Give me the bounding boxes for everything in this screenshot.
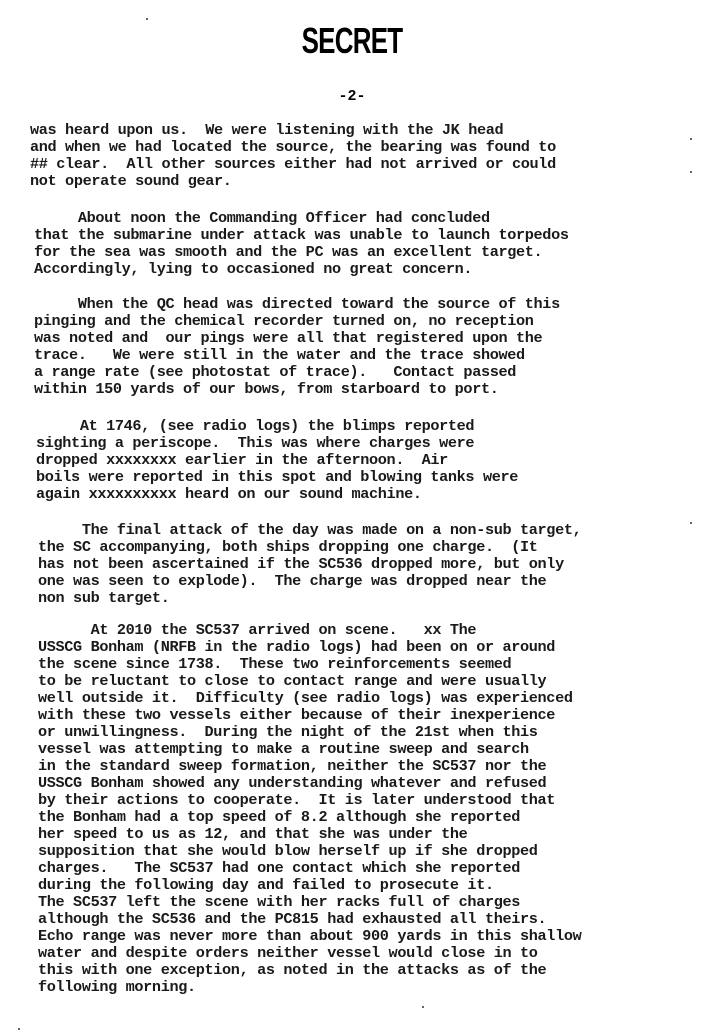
text-line: and when we had located the source, the … (30, 139, 556, 156)
text-line: one was seen to explode). The charge was… (38, 573, 546, 590)
text-line-with-strikeout: again xxxxxxxxxx heard on our sound mach… (36, 486, 422, 503)
text-line: was heard upon us. We were listening wit… (30, 122, 503, 139)
text-line: trace. We were still in the water and th… (34, 347, 525, 364)
text-line: has not been ascertained if the SC536 dr… (38, 556, 564, 573)
text-line: her speed to us as 12, and that she was … (38, 826, 467, 843)
text-line: USSCG Bonham (NRFB in the radio logs) ha… (38, 639, 555, 656)
scan-speck (690, 522, 692, 524)
text-line: supposition that she would blow herself … (38, 843, 538, 860)
text-line: About noon the Commanding Officer had co… (34, 210, 490, 227)
text-line: for the sea was smooth and the PC was an… (34, 244, 542, 261)
text-line: non sub target. (38, 590, 169, 607)
text-line: this with one exception, as noted in the… (38, 962, 546, 979)
text-line: within 150 yards of our bows, from starb… (34, 381, 499, 398)
text-line: the Bonham had a top speed of 8.2 althou… (38, 809, 520, 826)
text-line: with these two vessels either because of… (38, 707, 555, 724)
text-line: was noted and our pings were all that re… (34, 330, 542, 347)
text-line: although the SC536 and the PC815 had exh… (38, 911, 546, 928)
page-number: -2- (0, 88, 704, 105)
text-line: in the standard sweep formation, neither… (38, 758, 546, 775)
text-line: When the QC head was directed toward the… (34, 296, 560, 313)
text-line: The SC537 left the scene with her racks … (38, 894, 520, 911)
text-line: water and despite orders neither vessel … (38, 945, 538, 962)
text-line: At 1746, (see radio logs) the blimps rep… (36, 418, 474, 435)
text-line: pinging and the chemical recorder turned… (34, 313, 534, 330)
text-line: following morning. (38, 979, 196, 996)
text-line: Echo range was never more than about 900… (38, 928, 581, 945)
text-line: well outside it. Difficulty (see radio l… (38, 690, 573, 707)
scan-speck (690, 138, 692, 140)
text-line: ## clear. All other sources either had n… (30, 156, 556, 173)
text-line: the scene since 1738. These two reinforc… (38, 656, 511, 673)
text-line: a range rate (see photostat of trace). C… (34, 364, 516, 381)
text-line: Accordingly, lying to occasioned no grea… (34, 261, 472, 278)
text-line: by their actions to cooperate. It is lat… (38, 792, 555, 809)
text-line: charges. The SC537 had one contact which… (38, 860, 520, 877)
text-line: At 2010 the SC537 arrived on scene. xx T… (38, 622, 476, 639)
text-line: vessel was attempting to make a routine … (38, 741, 529, 758)
text-line: during the following day and failed to p… (38, 877, 494, 894)
text-line: or unwillingness. During the night of th… (38, 724, 538, 741)
text-line: USSCG Bonham showed any understanding wh… (38, 775, 546, 792)
text-line: sighting a periscope. This was where cha… (36, 435, 474, 452)
text-line: The final attack of the day was made on … (38, 522, 581, 539)
scan-speck (422, 1006, 424, 1008)
text-line: the SC accompanying, both ships dropping… (38, 539, 538, 556)
text-line-with-strikeout: dropped xxxxxxxx earlier in the afternoo… (36, 452, 448, 469)
text-line: boils were reported in this spot and blo… (36, 469, 518, 486)
scan-speck (690, 171, 692, 173)
scan-speck (146, 18, 148, 20)
text-line: not operate sound gear. (30, 173, 232, 190)
scan-speck (18, 1028, 20, 1030)
text-line: that the submarine under attack was unab… (34, 227, 569, 244)
text-line: to be reluctant to close to contact rang… (38, 673, 546, 690)
classification-header: SECRET (99, 20, 606, 62)
